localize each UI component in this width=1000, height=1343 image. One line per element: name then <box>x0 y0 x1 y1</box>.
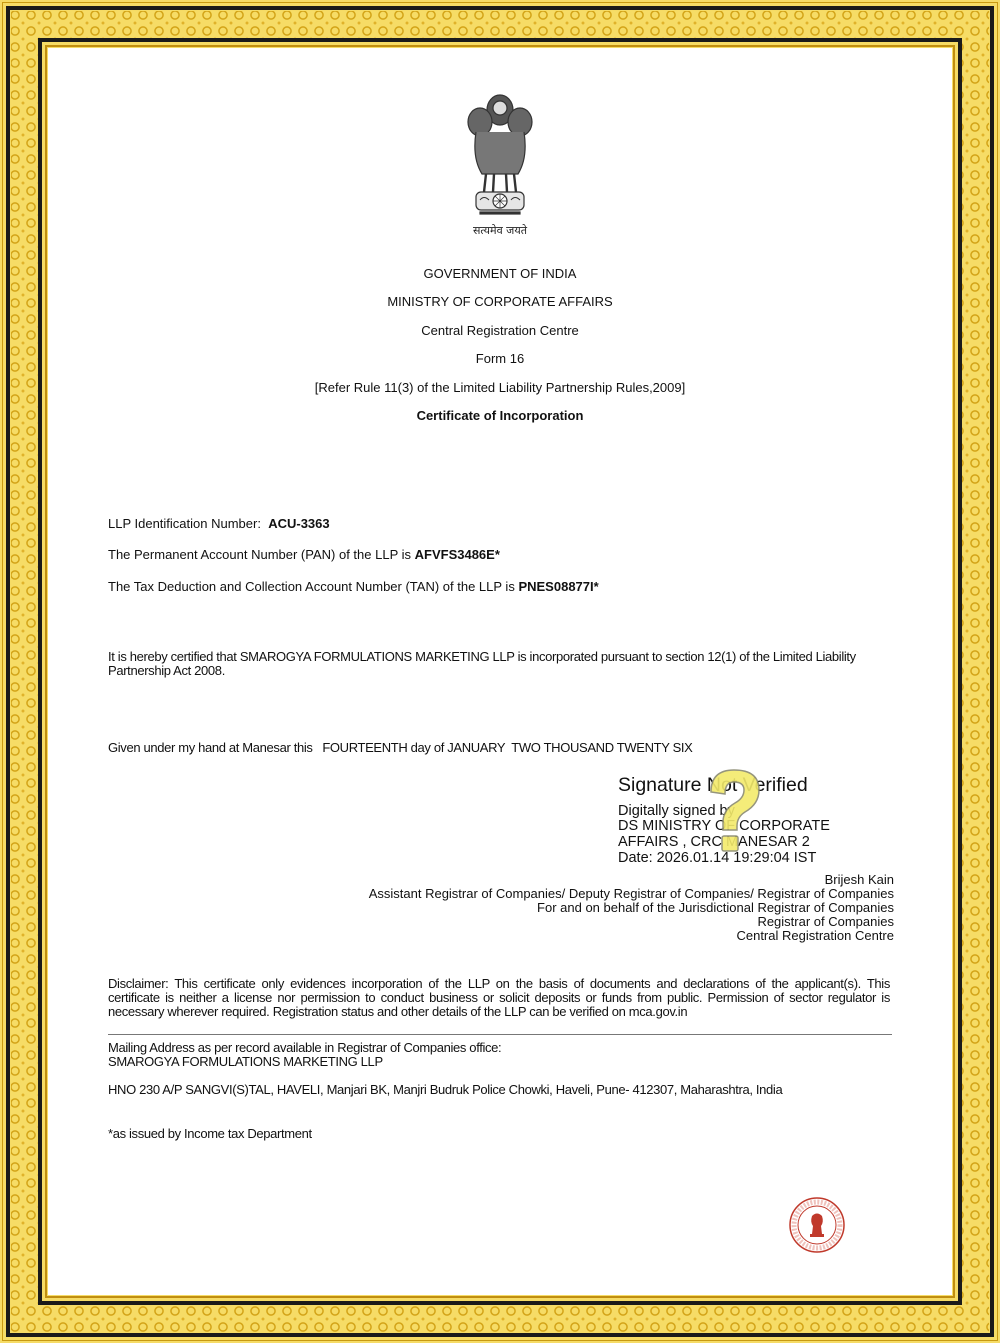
tan-value: PNES08877I* <box>518 579 598 594</box>
mailing-name: SMAROGYA FORMULATIONS MARKETING LLP <box>108 1054 383 1069</box>
national-emblem-icon: सत्यमेव जयते <box>458 88 542 238</box>
svg-text:सत्यमेव जयते: सत्यमेव जयते <box>473 224 528 237</box>
pan-value: AFVFS3486E* <box>415 547 500 562</box>
mailing-address: HNO 230 A/P SANGVI(S)TAL, HAVELI, Manjar… <box>108 1083 868 1097</box>
llpin-line: LLP Identification Number: ACU-3363 <box>108 516 330 531</box>
signatory-centre: Central Registration Centre <box>736 928 894 943</box>
mca-seal-icon <box>788 1196 846 1254</box>
signatory-office: Registrar of Companies <box>757 914 894 929</box>
llpin-value: ACU-3363 <box>268 516 329 531</box>
certificate-title: Certificate of Incorporation <box>48 408 952 423</box>
header-centre: Central Registration Centre <box>48 323 952 338</box>
disclaimer-text: Disclaimer: This certificate only eviden… <box>108 977 890 1019</box>
header-rule-reference: [Refer Rule 11(3) of the Limited Liabili… <box>48 380 952 395</box>
header-form-number: Form 16 <box>48 351 952 366</box>
signatory-designation: Assistant Registrar of Companies/ Deputy… <box>369 886 894 901</box>
signatory-behalf: For and on behalf of the Jurisdictional … <box>537 900 894 915</box>
disclaimer-divider <box>108 1034 892 1035</box>
header-ministry: MINISTRY OF CORPORATE AFFAIRS <box>48 294 952 309</box>
signatory-name: Brijesh Kain <box>825 872 894 887</box>
tan-line: The Tax Deduction and Collection Account… <box>108 579 599 594</box>
pan-tan-footnote: *as issued by Income tax Department <box>108 1126 312 1141</box>
given-under-text: Given under my hand at Manesar this FOUR… <box>108 740 692 755</box>
certification-text: It is hereby certified that SMAROGYA FOR… <box>108 650 890 678</box>
header-government: GOVERNMENT OF INDIA <box>48 266 952 281</box>
certificate-page: सत्यमेव जयते GOVERNMENT OF INDIA MINISTR… <box>48 48 952 1295</box>
mailing-label: Mailing Address as per record available … <box>108 1040 501 1055</box>
pan-label: The Permanent Account Number (PAN) of th… <box>108 547 411 562</box>
pan-line: The Permanent Account Number (PAN) of th… <box>108 547 500 562</box>
tan-label: The Tax Deduction and Collection Account… <box>108 579 515 594</box>
question-mark-icon <box>703 766 765 858</box>
llpin-label: LLP Identification Number: <box>108 516 261 531</box>
